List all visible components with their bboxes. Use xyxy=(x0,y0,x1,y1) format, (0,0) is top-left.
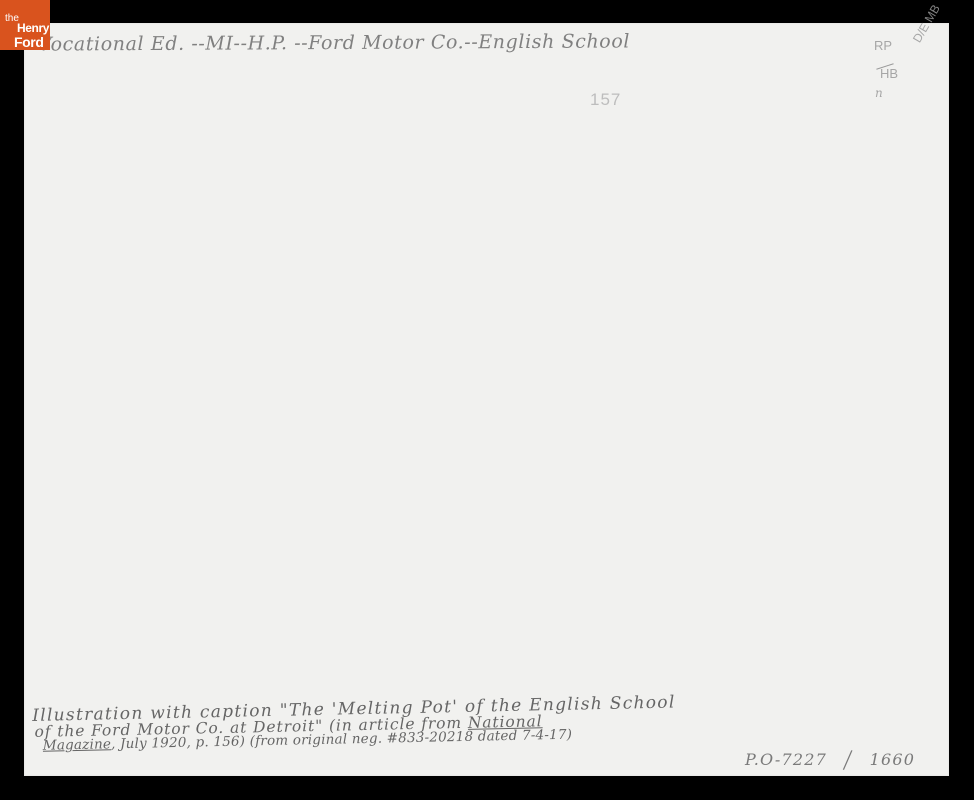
corner-note-n: n xyxy=(875,86,883,100)
corner-note-rp: RP xyxy=(874,38,892,53)
viewer-stage: the Henry Ford Vocational Ed. --MI--H.P.… xyxy=(0,0,974,800)
photo-verso-paper xyxy=(24,23,949,776)
corner-note-hb: HB xyxy=(880,66,898,81)
accession-id: P.O-7227 xyxy=(745,750,827,769)
caption-publication-magazine: Magazine xyxy=(43,736,112,753)
accession-number: P.O-7227/1660 xyxy=(745,750,915,769)
logo-ford: Ford xyxy=(14,35,44,49)
top-handwritten-note: Vocational Ed. --MI--H.P. --Ford Motor C… xyxy=(38,30,630,55)
page-number-note: 157 xyxy=(590,90,621,110)
accession-count: 1660 xyxy=(870,750,916,769)
logo-henry: Henry xyxy=(17,22,49,34)
henry-ford-logo[interactable]: the Henry Ford xyxy=(0,0,50,50)
